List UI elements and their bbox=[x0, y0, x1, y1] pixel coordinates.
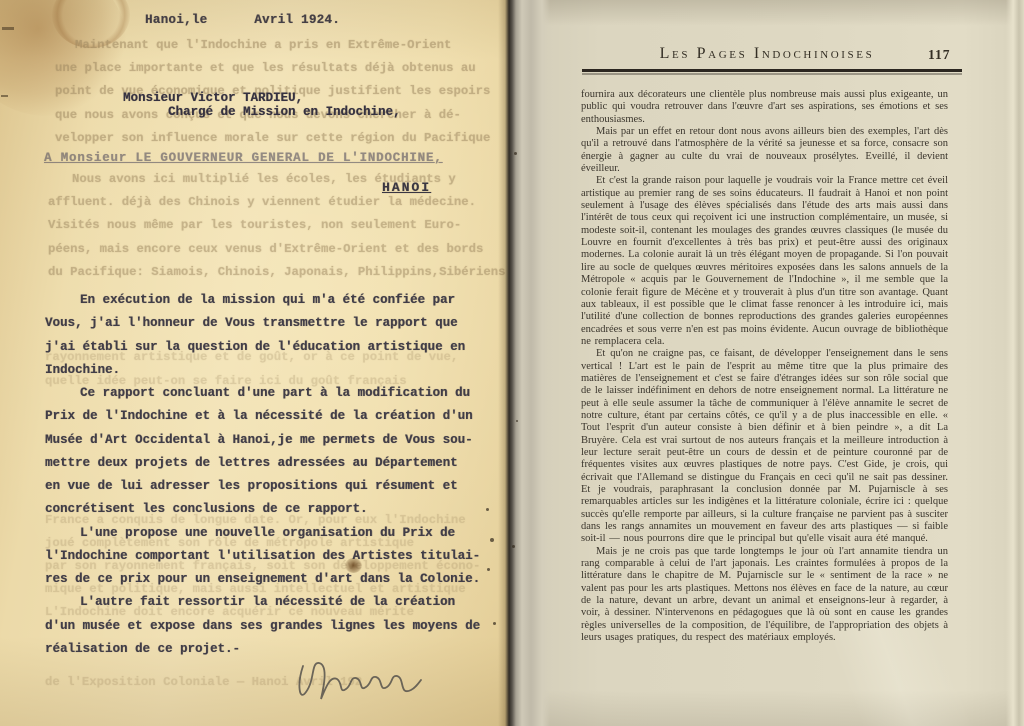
ghost-line: velopper son influence morale sur cette … bbox=[55, 127, 490, 150]
typed-line: d'un musée et expose dans ses grandes li… bbox=[45, 615, 480, 638]
paper-speck bbox=[512, 545, 515, 548]
ghost-bleedthrough-top: Maintenant que l'Indochine a pris en Ext… bbox=[55, 34, 490, 150]
header-rule bbox=[582, 69, 962, 76]
letter-dateline: Hanoi,le Avril 1924. bbox=[145, 13, 340, 27]
paragraph: Et c'est la grande raison pour laquelle … bbox=[581, 175, 948, 348]
margin-mark bbox=[1, 95, 8, 97]
typed-line: concrétisent les conclusions de ce rappo… bbox=[45, 498, 480, 521]
recipient-name: Monsieur Victor TARDIEU, bbox=[123, 92, 401, 106]
paper-speck bbox=[490, 538, 494, 542]
paragraph: Et qu'on ne craigne pas, ce faisant, de … bbox=[581, 348, 948, 546]
paper-speck bbox=[486, 508, 489, 511]
recipient-title: Chargé de Mission en Indochine, bbox=[168, 106, 401, 120]
ghost-line: Nous avons ici multiplié les écoles, les… bbox=[48, 168, 506, 191]
signature bbox=[293, 650, 425, 718]
running-title: Les Pages Indochinoises bbox=[572, 45, 962, 63]
paper-speck bbox=[516, 420, 518, 422]
typed-line: mettre deux projets de lettres adressées… bbox=[45, 452, 480, 475]
typed-line: en vue de lui adresser les propositions … bbox=[45, 475, 480, 498]
typed-line: Ce rapport concluant d'une part à la mod… bbox=[45, 382, 480, 405]
letter-recipient: Monsieur Victor TARDIEU, Chargé de Missi… bbox=[123, 92, 401, 119]
paper-speck bbox=[493, 622, 496, 625]
ghost-line: du Pacifique: Siamois, Chinois, Japonais… bbox=[48, 261, 506, 284]
paragraph: Mais je ne crois pas que tarde longtemps… bbox=[581, 546, 948, 645]
typed-line: L'autre fait ressortir la nécessité de l… bbox=[45, 591, 480, 614]
typed-line: res de ce prix pour un enseignement d'ar… bbox=[45, 568, 480, 591]
typed-line: L'une propose une nouvelle organisation … bbox=[45, 522, 480, 545]
paragraph: Mais par un effet en retour dont nous av… bbox=[581, 126, 948, 175]
letter-body: En exécution de la mission qui m'a été c… bbox=[45, 289, 480, 661]
ghost-line: point de vue économique et politique jus… bbox=[55, 80, 490, 103]
paper-speck bbox=[514, 152, 517, 155]
letter-place: HANOI bbox=[382, 180, 431, 195]
ghost-line: Visités nous même par les touristes, non… bbox=[48, 214, 506, 237]
typed-line: En exécution de la mission qui m'a été c… bbox=[45, 289, 480, 312]
ghost-line: affluent. déjà des Chinois y viennent ét… bbox=[48, 191, 506, 214]
page-number: 117 bbox=[928, 47, 951, 63]
book-text: fournira aux décorateurs une clientèle p… bbox=[581, 89, 948, 667]
typed-line: Indochine. bbox=[45, 359, 480, 382]
paragraph: fournira aux décorateurs une clientèle p… bbox=[581, 89, 948, 126]
typed-line: Prix de l'Indochine et à la nécessité de… bbox=[45, 405, 480, 428]
margin-mark bbox=[2, 27, 14, 30]
ghost-line: péens, mais encore ceux venus d'Extrême-… bbox=[48, 238, 506, 261]
typed-line: l'Indochine comportant l'utilisation des… bbox=[45, 545, 480, 568]
typed-line: Vous, j'ai l'honneur de Vous transmettre… bbox=[45, 312, 480, 335]
ghost-line: Maintenant que l'Indochine a pris en Ext… bbox=[55, 34, 490, 57]
paper-stain-ring bbox=[52, 0, 130, 48]
book-page: Les Pages Indochinoises 117 fournira aux… bbox=[512, 0, 1024, 726]
book-scan: Maintenant que l'Indochine a pris en Ext… bbox=[0, 0, 1024, 726]
ghost-bleedthrough-mid: Nous avons ici multiplié les écoles, les… bbox=[48, 168, 506, 284]
page-gutter bbox=[498, 0, 550, 726]
typed-line: Musée d'Art Occidental à Hanoi,je me per… bbox=[45, 429, 480, 452]
letter-page: Maintenant que l'Indochine a pris en Ext… bbox=[0, 0, 512, 726]
paper-stain bbox=[0, 0, 126, 116]
ghost-line: une place importante et que les résultat… bbox=[55, 57, 490, 80]
letter-address-line: A Monsieur LE GOUVERNEUR GENERAL DE L'IN… bbox=[44, 151, 442, 165]
paper-speck bbox=[487, 568, 490, 571]
typed-line: j'ai établi sur la question de l'éducati… bbox=[45, 336, 480, 359]
ghost-line: que nous avons conçus et que nous devons… bbox=[55, 104, 490, 127]
